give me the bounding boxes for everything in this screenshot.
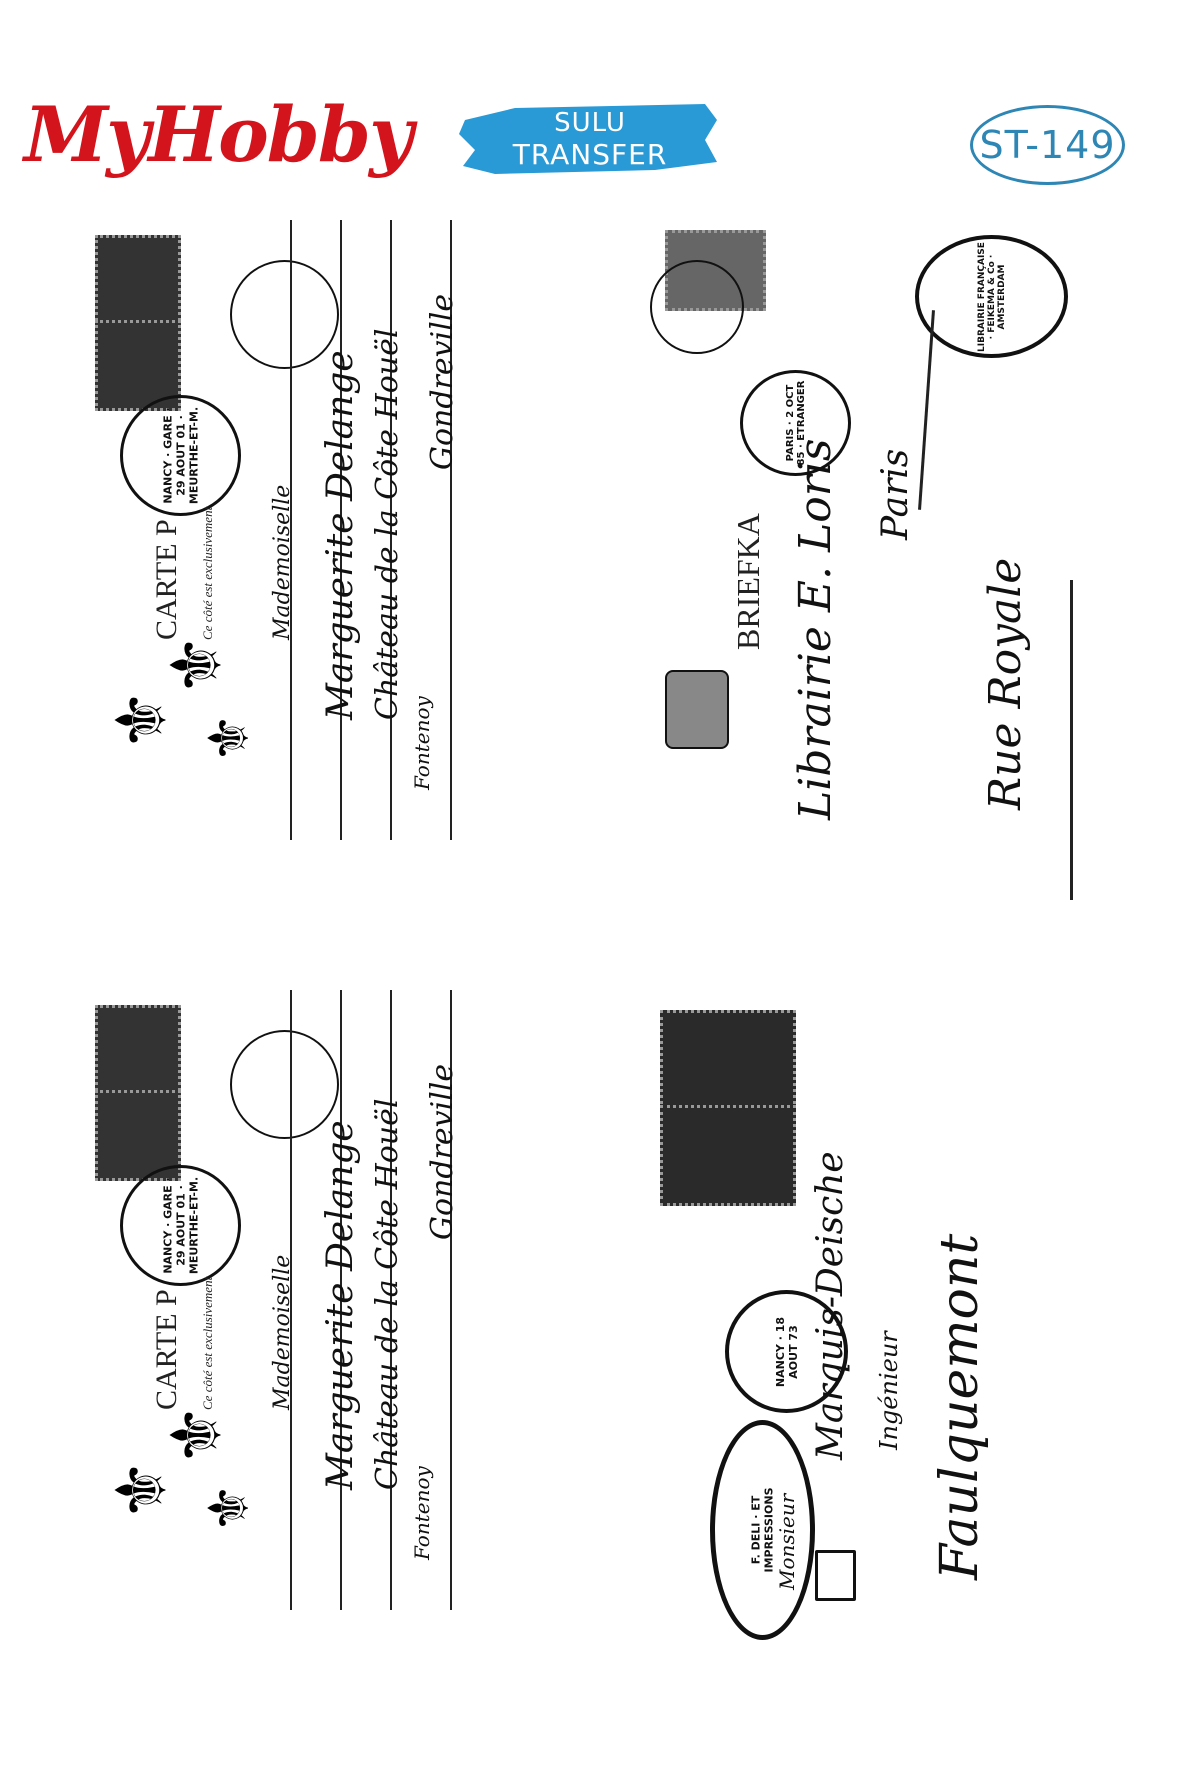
briefkaart-card: LIBRAIRIE FRANÇAISE · FEIKEMA & Co · AMS… [650, 220, 1090, 900]
handwriting-line: Ingénieur [875, 1331, 903, 1450]
fleur-de-lis-icon: ⚜ [202, 1483, 258, 1533]
postmark: F. DELI · ET IMPRESSIONS [710, 1420, 815, 1640]
postage-stamp [95, 1005, 181, 1096]
handwriting-line: Gondreville [425, 1064, 460, 1240]
postmark: LIBRAIRIE FRANÇAISE · FEIKEMA & Co · AMS… [915, 235, 1068, 358]
handwriting-line: Paris [875, 449, 916, 540]
card-heading: CARTE P [150, 1289, 184, 1410]
postmark: NANCY · GARE · 29 AOUT 01 · MEURTHE-ET-M… [120, 1165, 241, 1286]
handwriting-line: Marquis-Deische [810, 1151, 851, 1460]
card-subheading: Ce côté est exclusivement [200, 507, 216, 640]
card-subheading: Ce côté est exclusivement [200, 1277, 216, 1410]
postmark: NANCY · GARE · 29 AOUT 01 · MEURTHE-ET-M… [120, 395, 241, 516]
coat-of-arms-icon [665, 670, 729, 749]
product-code-badge: ST-149 [970, 105, 1125, 185]
handwriting-line: Mademoiselle [270, 1255, 295, 1410]
postage-stamp [660, 1010, 796, 1111]
stamp-box [815, 1550, 856, 1601]
address-line [1070, 580, 1073, 900]
card-heading: BRIEFKA [730, 513, 767, 650]
postage-stamp [95, 235, 181, 326]
handwriting-line: Librairie E. Loris [790, 439, 841, 820]
postmark [650, 260, 744, 354]
fleur-de-lis-icon: ⚜ [106, 689, 176, 752]
postage-stamp [660, 1105, 796, 1206]
envelope-card: NANCY · 18 AOUT 73 F. DELI · ET IMPRESSI… [650, 990, 1090, 1650]
fleur-de-lis-icon: ⚜ [106, 1459, 176, 1522]
fleur-de-lis-icon: ⚜ [161, 1404, 231, 1467]
carte-postale-card-2: NANCY · GARE · 29 AOUT 01 · MEURTHE-ET-M… [90, 990, 530, 1650]
card-heading: CARTE P [150, 519, 184, 640]
product-line-top: SULU [455, 108, 725, 138]
handwriting-line: Château de la Côte Houël [370, 329, 405, 720]
address-line [918, 310, 935, 510]
product-line-banner: SULU TRANSFER [455, 100, 725, 180]
handwriting-line: Monsieur [775, 1494, 799, 1590]
handwriting-line: Mademoiselle [270, 485, 295, 640]
carte-postale-card-1: NANCY · GARE · 29 AOUT 01 · MEURTHE-ET-M… [90, 220, 530, 880]
handwriting-line: Gondreville [425, 294, 460, 470]
brand-logo: MyHobby [24, 90, 411, 179]
product-line-bottom: TRANSFER [455, 138, 725, 171]
handwriting-line: Rue Royale [980, 558, 1031, 810]
handwriting-line: Fontenoy [410, 696, 434, 790]
handwriting-line: Faulquemont [930, 1234, 990, 1580]
fleur-de-lis-icon: ⚜ [202, 713, 258, 763]
handwriting-line: Fontenoy [410, 1466, 434, 1560]
fleur-de-lis-icon: ⚜ [161, 634, 231, 697]
handwriting-line: Marguerite Delange [320, 350, 361, 720]
product-code: ST-149 [979, 123, 1115, 167]
handwriting-line: Marguerite Delange [320, 1120, 361, 1490]
handwriting-line: Château de la Côte Houël [370, 1099, 405, 1490]
